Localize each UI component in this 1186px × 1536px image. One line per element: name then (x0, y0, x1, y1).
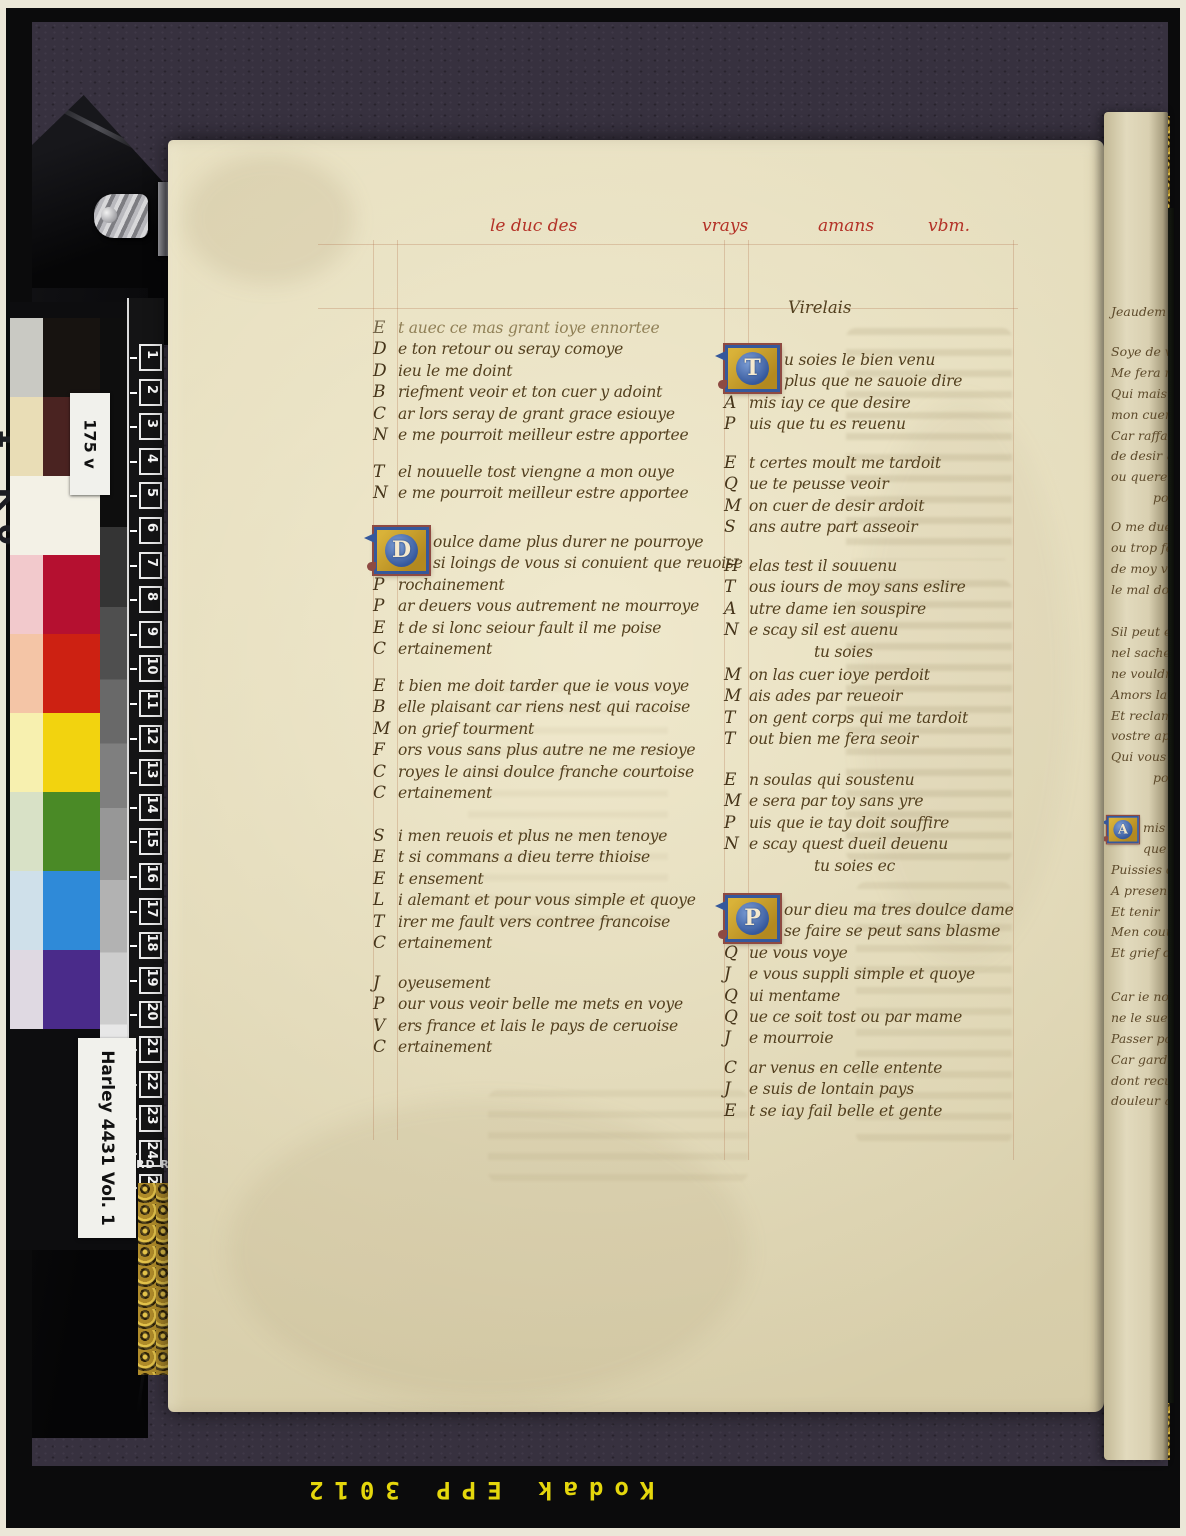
versal-initial: E (724, 453, 749, 474)
ruler-number: 11 (139, 690, 162, 717)
versal-initial: Q (724, 474, 749, 495)
versal-initial: E (373, 847, 398, 868)
text-line: En soulas qui soustenu (724, 770, 949, 791)
text-line: vostre apde (1111, 726, 1168, 747)
ruler-number: 22 (139, 1071, 162, 1098)
calibration-patch-row (10, 555, 100, 634)
facing-text-group: Jeaudem (1111, 302, 1168, 323)
text-line: mis n (1143, 818, 1168, 839)
versal-initial: M (724, 496, 749, 517)
versal-initial: J (373, 973, 398, 994)
calibration-patch (10, 634, 43, 713)
text-line: Ton gent corps qui me tardoit (724, 708, 968, 729)
line-text: e scay quest dueil deuenu (749, 835, 948, 853)
manuscript-page: le duc des vrays amans vbm. Virelais Et … (168, 140, 1104, 1412)
text-line: O me dueu (1111, 517, 1168, 538)
text-line: A present et (1111, 881, 1168, 902)
line-text: t si commans a dieu terre thioise (398, 848, 650, 866)
text-line: Tout bien me fera seoir (724, 729, 968, 750)
text-line: dont recueil (1111, 1071, 1168, 1092)
illuminated-initial-T: T (725, 345, 780, 392)
stanza: Si men reuois et plus ne men tenoyeEt si… (373, 826, 696, 954)
versal-initial: Q (724, 943, 749, 964)
text-line: Certainement (373, 933, 696, 954)
stanza: Pour dieu ma tres doulce damese faire se… (724, 900, 1014, 1050)
text-line: Je suis de lontain pays (724, 1079, 942, 1100)
text-line: Ne scay quest dueil deuenu (724, 834, 949, 855)
versal-initial: M (373, 719, 398, 740)
text-line: Puis que ie tay doit souffire (724, 813, 949, 834)
versal-initial: D (373, 361, 398, 382)
text-line: Certainement (373, 639, 743, 660)
versal-initial: C (373, 404, 398, 425)
line-text: mis iay ce que desire (749, 394, 911, 412)
line-text: oyeusement (398, 974, 490, 992)
versal-initial: A (724, 599, 749, 620)
text-line: Mon grief tourment (373, 719, 695, 740)
text-line: Et reclame (1111, 706, 1168, 727)
stanza: Car venus en celle ententeJe suis de lon… (724, 1058, 942, 1122)
line-text: ans autre part asseoir (749, 518, 917, 536)
text-line: Me fera m (1111, 363, 1168, 384)
ruler-number: 15 (139, 828, 162, 855)
versal-initial: J (724, 1028, 749, 1049)
ruler-number: 17 (139, 898, 162, 925)
text-line: Vers france et lais le pays de ceruoise (373, 1016, 683, 1037)
text-line: Amors la (1111, 685, 1168, 706)
text-line: Autre dame ien souspire (724, 599, 966, 620)
line-text: utre dame ien souspire (749, 600, 926, 618)
line-text: e me pourroit meilleur estre apportee (398, 426, 689, 444)
line-text: t ensement (398, 870, 484, 888)
text-line: Et grief d (1111, 943, 1168, 964)
text-line: Joyeusement (373, 973, 683, 994)
line-text: ais ades par reueoir (749, 687, 902, 705)
text-line: Qui vous p (1111, 747, 1168, 768)
text-line: Mais ades par reueoir (724, 686, 968, 707)
versal-initial: P (373, 994, 398, 1015)
line-text: on gent corps qui me tardoit (749, 709, 968, 727)
text-line: Et ensement (373, 869, 696, 890)
versal-initial: T (373, 462, 398, 483)
line-text: e scay sil est auenu (749, 621, 898, 639)
text-line: Soye de vou (1111, 342, 1168, 363)
versal-initial: M (724, 791, 749, 812)
folio-number-label: 175 v (70, 393, 110, 495)
film-edge-marking: Kodak EPP 3012 (298, 1476, 654, 1504)
ruler-number: 12 (139, 725, 162, 752)
text-line: Dieu le me doint (373, 361, 689, 382)
text-line: Et certes moult me tardoit (724, 453, 941, 474)
line-text: rochainement (398, 576, 504, 594)
calibration-patch (43, 318, 100, 397)
facing-text-group: Amis nque bPuissies dA present etEt teni… (1111, 818, 1168, 964)
text-line: Amis iay ce que desire (724, 393, 962, 414)
line-text: e ton retour ou seray comoye (398, 340, 623, 358)
line-text: ous iours de moy sans eslire (749, 578, 966, 596)
versal-initial: C (373, 762, 398, 783)
text-line: Me sera par toy sans yre (724, 791, 949, 812)
text-line: Briefment veoir et ton cuer y adoint (373, 382, 689, 403)
versal-initial: C (724, 1058, 749, 1079)
versal-initial: P (724, 813, 749, 834)
ruler-number: 7 (139, 552, 162, 579)
versal-initial: N (373, 425, 398, 446)
versal-initial: C (373, 933, 398, 954)
ruler-number: 4 (139, 448, 162, 475)
text-line: Et si commans a dieu terre thioise (373, 847, 696, 868)
versal-initial: E (373, 676, 398, 697)
ruler-number: 18 (139, 932, 162, 959)
calibration-patch (10, 950, 43, 1029)
text-line: Ne scay sil est auenu (724, 620, 966, 641)
line-text: on grief tourment (398, 720, 534, 738)
text-line: our dieu ma tres doulce dame (784, 900, 1014, 921)
versal-initial: M (724, 665, 749, 686)
versal-initial: P (373, 575, 398, 596)
text-line: Mon las cuer ioye perdoit (724, 665, 968, 686)
line-text: ertainement (398, 784, 492, 802)
text-line: Car raffa (1111, 426, 1168, 447)
text-line: po (1153, 768, 1168, 789)
versal-initial: E (724, 770, 749, 791)
facing-text-group: Soye de vouMe fera mQui maismon cuerCar … (1111, 342, 1168, 509)
versal-initial: C (373, 639, 398, 660)
text-line: po (1153, 488, 1168, 509)
line-text: uis que ie tay doit souffire (749, 814, 949, 832)
text-line: Qui mais (1111, 384, 1168, 405)
line-text: i alemant et pour vous simple et quoye (398, 891, 696, 909)
text-line: Li alemant et pour vous simple et quoye (373, 890, 696, 911)
versal-initial: T (724, 577, 749, 598)
line-text: ertainement (398, 640, 492, 658)
shelfmark-label: Harley 4431 Vol. 1 (78, 1038, 136, 1238)
ruler-number: 10 (139, 655, 162, 682)
text-line: de desir q (1111, 446, 1168, 467)
illuminated-initial-A: A (1107, 816, 1139, 843)
page-clip (94, 194, 148, 238)
versal-initial: D (373, 339, 398, 360)
text-line: Et bien me doit tarder que ie vous voye (373, 676, 695, 697)
show-through-text (488, 1090, 748, 1182)
text-line: ne vouldra (1111, 664, 1168, 685)
text-line: Fors vous sans plus autre ne me resioye (373, 740, 695, 761)
calibration-patch-row (10, 713, 100, 792)
text-line: ou quere (1111, 467, 1168, 488)
ruler-number: 5 (139, 482, 162, 509)
text-line: Mon cuer de desir ardoit (724, 496, 941, 517)
text-line: Et auec ce mas grant ioye ennortee (373, 318, 689, 339)
stanza: Tu soies le bien venuplus que ne sauoie … (724, 350, 962, 436)
text-line: mon cuer (1111, 405, 1168, 426)
calibration-patch (43, 555, 100, 634)
calibration-patch (10, 713, 43, 792)
facing-page-edge: JeaudemSoye de vouMe fera mQui maismon c… (1104, 112, 1168, 1460)
text-line: Qui mentame (724, 986, 1014, 1007)
stanza: Tel nouuelle tost viengne a mon ouyeNe m… (373, 462, 689, 505)
line-text: ieu le me doint (398, 362, 512, 380)
ruler-number: 2 (139, 379, 162, 406)
text-line: De ton retour ou seray comoye (373, 339, 689, 360)
calibration-patch (43, 634, 100, 713)
line-text: e sera par toy sans yre (749, 792, 923, 810)
text-line: Certainement (373, 783, 695, 804)
stanza: JoyeusementPour vous veoir belle me mets… (373, 973, 683, 1059)
text-line: Et de si lonc seiour fault il me poise (373, 618, 743, 639)
text-line: Que vous voye (724, 943, 1014, 964)
text-line: se faire se peut sans blasme (784, 921, 1014, 942)
versal-initial: P (724, 414, 749, 435)
line-text: e vous suppli simple et quoye (749, 965, 975, 983)
text-line: Ne me pourroit meilleur estre apportee (373, 483, 689, 504)
ruler-number: 3 (139, 413, 162, 440)
versal-initial: L (373, 890, 398, 911)
versal-initial: C (373, 783, 398, 804)
versal-initial: T (724, 729, 749, 750)
illuminated-initial-D: D (374, 527, 429, 574)
line-text: ar lors seray de grant grace esiouye (398, 405, 675, 423)
line-text: on las cuer ioye perdoit (749, 666, 930, 684)
versal-initial: E (724, 1101, 749, 1122)
versal-initial: B (373, 697, 398, 718)
versal-initial: N (373, 483, 398, 504)
text-line: Certainement (373, 1037, 683, 1058)
stanza: Et certes moult me tardoitQue te peusse … (724, 453, 941, 539)
running-header-segment: vbm. (928, 214, 970, 238)
ruler-number: 16 (139, 863, 162, 890)
calibration-patch (43, 950, 100, 1029)
calibration-patch (10, 318, 43, 397)
text-line: Puis que tu es reuenu (724, 414, 962, 435)
versal-initial: C (373, 1037, 398, 1058)
line-text: t se iay fail belle et gente (749, 1102, 942, 1120)
versal-initial: P (373, 596, 398, 617)
text-line: Tous iours de moy sans eslire (724, 577, 966, 598)
calibration-patch-row (10, 634, 100, 713)
stanza: Helas test il souuenuTous iours de moy s… (724, 556, 966, 663)
text-line: Tirer me fault vers contree francoise (373, 912, 696, 933)
text-line: Pour vous veoir belle me mets en voye (373, 994, 683, 1015)
versal-initial: J (724, 964, 749, 985)
ruler-number: 8 (139, 586, 162, 613)
ruler-number: 1 (139, 344, 162, 371)
versal-initial: H (724, 556, 749, 577)
versal-initial: A (724, 393, 749, 414)
line-text: our vous veoir belle me mets en voye (398, 995, 683, 1013)
text-line: si loings de vous si conuient que reuois… (433, 553, 743, 574)
calibration-patch (43, 713, 100, 792)
text-line: Et se iay fail belle et gente (724, 1101, 942, 1122)
versal-initial: N (724, 834, 749, 855)
text-line: nel sache (1111, 643, 1168, 664)
text-line: plus que ne sauoie dire (784, 371, 962, 392)
text-line: Croyes le ainsi doulce franche courtoise (373, 762, 695, 783)
line-text: el nouuelle tost viengne a mon ouye (398, 463, 674, 481)
text-line: Car garde a (1111, 1050, 1168, 1071)
line-text: i men reuois et plus ne men tenoye (398, 827, 667, 845)
line-text: t certes moult me tardoit (749, 454, 941, 472)
text-line: Ne me pourroit meilleur estre apportee (373, 425, 689, 446)
calibration-patch-row (10, 950, 100, 1029)
text-line: u soies le bien venu (784, 350, 962, 371)
text-line: Car lors seray de grant grace esiouye (373, 404, 689, 425)
facing-text-group: Sil peut esnel sachene vouldraAmors laEt… (1111, 622, 1168, 789)
ruler-number: 13 (139, 759, 162, 786)
ruler-number: 21 (139, 1036, 162, 1063)
calibration-patch-row (10, 871, 100, 950)
line-text: ers france et lais le pays de ceruoise (398, 1017, 678, 1035)
line-text: royes le ainsi doulce franche courtoise (398, 763, 694, 781)
versal-initial: S (724, 517, 749, 538)
stanza: Mon las cuer ioye perdoitMais ades par r… (724, 665, 968, 751)
versal-initial: M (724, 686, 749, 707)
line-text: ue vous voye (749, 944, 848, 962)
text-line: Si men reuois et plus ne men tenoye (373, 826, 696, 847)
facing-text-group: O me dueuou trop ferde moy veole mal do (1111, 517, 1168, 601)
text-line: douleur que (1111, 1091, 1168, 1112)
line-text: e suis de lontain pays (749, 1080, 914, 1098)
ruling-line (318, 308, 1018, 309)
text-line: Tel nouuelle tost viengne a mon ouye (373, 462, 689, 483)
text-line: de moy veo (1111, 559, 1168, 580)
text-line: le mal do (1111, 580, 1168, 601)
line-text: ar venus en celle entente (749, 1059, 942, 1077)
text-line: Helas test il souuenu (724, 556, 966, 577)
text-line: tu soies ec (814, 856, 949, 877)
calibration-patch (10, 792, 43, 871)
line-text: ui mentame (749, 987, 840, 1005)
line-text: out bien me fera seoir (749, 730, 918, 748)
versal-initial: E (373, 869, 398, 890)
line-text: irer me fault vers contree francoise (398, 913, 670, 931)
text-line: Sans autre part asseoir (724, 517, 941, 538)
line-text: ue te peusse veoir (749, 475, 889, 493)
line-text: ertainement (398, 1038, 492, 1056)
text-line: oulce dame plus durer ne pourroye (433, 532, 743, 553)
ruler-number: 19 (139, 967, 162, 994)
running-header-segment: vrays (702, 214, 748, 238)
ruler-number: 14 (139, 794, 162, 821)
versal-initial: S (373, 826, 398, 847)
line-text: t auec ce mas grant ioye ennortee (398, 319, 659, 337)
ruler-number: 6 (139, 517, 162, 544)
running-header-segment: le duc des (490, 214, 577, 238)
versal-initial: V (373, 1016, 398, 1037)
text-line: ne le sueil (1111, 1008, 1168, 1029)
line-text: riefment veoir et ton cuer y adoint (398, 383, 662, 401)
line-text: e me pourroit meilleur estre apportee (398, 484, 689, 502)
illuminated-initial-P: P (725, 895, 780, 942)
versal-initial: E (373, 618, 398, 639)
line-text: t de si lonc seiour fault il me poise (398, 619, 661, 637)
text-line: Jeaudem (1111, 302, 1168, 323)
text-line: Men couuie (1111, 922, 1168, 943)
line-text: elas test il souuenu (749, 557, 897, 575)
calibration-patch (10, 397, 43, 476)
facing-text-group: Car ie nosene le sueilPasser pourCar gar… (1111, 987, 1168, 1112)
line-text: e mourroie (749, 1029, 833, 1047)
text-line: Belle plaisant car riens nest qui racois… (373, 697, 695, 718)
line-text: uis que tu es reuenu (749, 415, 906, 433)
stanza: Et auec ce mas grant ioye ennorteeDe ton… (373, 318, 689, 446)
text-line: Par deuers vous autrement ne mourroye (373, 596, 743, 617)
text-line: ou trop fer (1111, 538, 1168, 559)
versal-initial: N (724, 620, 749, 641)
text-line: Je vous suppli simple et quoye (724, 964, 1014, 985)
versal-initial: B (373, 382, 398, 403)
text-line: Puissies d (1111, 860, 1168, 881)
line-text: ar deuers vous autrement ne mourroye (398, 597, 699, 615)
stanza: Et bien me doit tarder que ie vous voyeB… (373, 676, 695, 804)
column-heading: Virelais (788, 298, 851, 317)
versal-initial: F (373, 740, 398, 761)
line-text: on cuer de desir ardoit (749, 497, 924, 515)
text-line: tu soies (814, 642, 966, 663)
calibration-patch (10, 476, 43, 555)
text-line: Car ie nose (1111, 987, 1168, 1008)
calibration-patch (10, 555, 43, 634)
photograph-frame: 1 Ko 12345678910111213141516171819202122… (6, 8, 1180, 1528)
line-text: t bien me doit tarder que ie vous voye (398, 677, 689, 695)
versal-initial: Q (724, 1007, 749, 1028)
line-text: ue ce soit tost ou par mame (749, 1008, 962, 1026)
versal-initial: Q (724, 986, 749, 1007)
running-header-segment: amans (818, 214, 874, 238)
text-line: Je mourroie (724, 1028, 1014, 1049)
line-text: elle plaisant car riens nest qui racoise (398, 698, 690, 716)
text-line: Que te peusse veoir (724, 474, 941, 495)
calibration-patch (10, 871, 43, 950)
text-line: Passer pour (1111, 1029, 1168, 1050)
calibration-patch-row (10, 792, 100, 871)
text-line: Sil peut es (1111, 622, 1168, 643)
ruling-line (318, 244, 1018, 245)
versal-initial: E (373, 318, 398, 339)
calibration-patch-row (10, 318, 100, 397)
running-header: le duc des vrays amans vbm. (168, 214, 1104, 238)
line-text: ertainement (398, 934, 492, 952)
text-line: Car venus en celle entente (724, 1058, 942, 1079)
ruler-number: 9 (139, 621, 162, 648)
calibration-patch (43, 871, 100, 950)
line-text: n soulas qui soustenu (749, 771, 914, 789)
stanza: Doulce dame plus durer ne pourroyesi loi… (373, 532, 743, 660)
text-line: Que ce soit tost ou par mame (724, 1007, 1014, 1028)
ruler-number: 20 (139, 1001, 162, 1028)
text-line: Prochainement (373, 575, 743, 596)
versal-initial: J (724, 1079, 749, 1100)
ruler-number: 23 (139, 1105, 162, 1132)
text-line: que b (1143, 839, 1168, 860)
versal-initial: T (373, 912, 398, 933)
calibration-patch (43, 792, 100, 871)
versal-initial: T (724, 708, 749, 729)
stanza: En soulas qui soustenuMe sera par toy sa… (724, 770, 949, 877)
line-text: ors vous sans plus autre ne me resioye (398, 741, 695, 759)
text-line: Et tenir (1111, 902, 1168, 923)
